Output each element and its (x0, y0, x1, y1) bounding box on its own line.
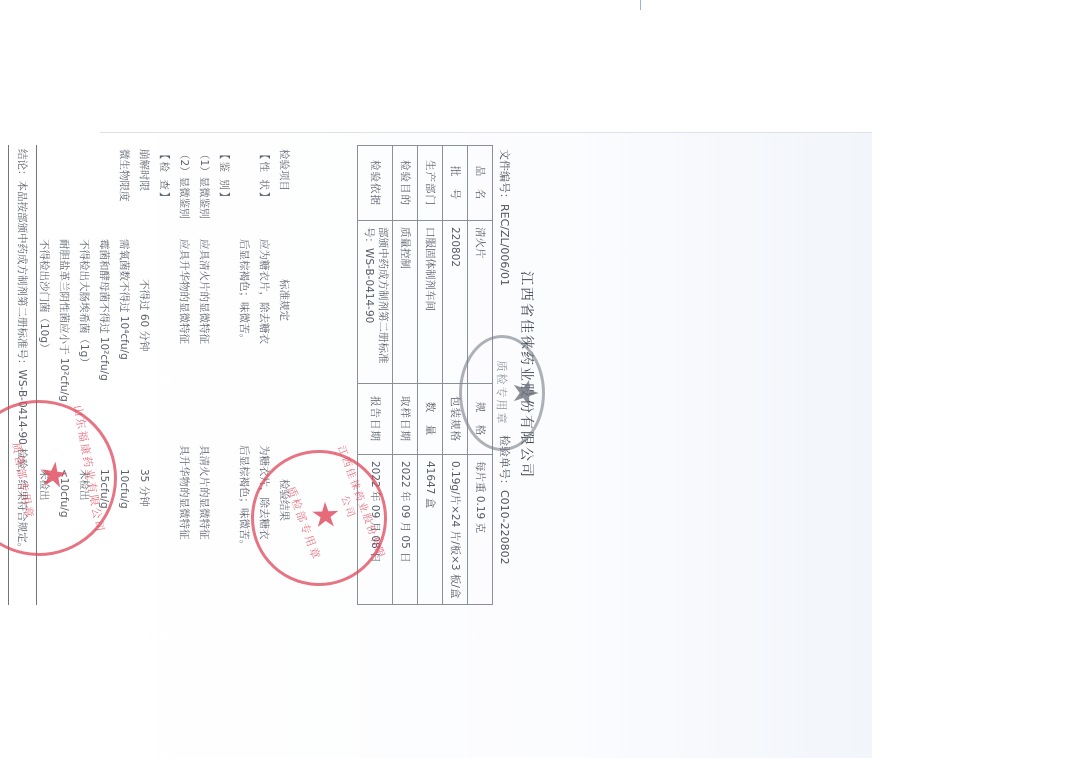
table-row: 检验依据 部颁中药成方制剂第二册标准号：WS-B-0414-90 报告日期 20… (358, 146, 393, 605)
microbial-row-5: 不得检出沙门菌（10g） 未检出 (31, 149, 51, 599)
disintegration-row: 崩解时限 不得过 60 分钟 35 分钟 (131, 149, 151, 599)
table-row: 批 号 220802 包装规格 0.19g/片×24 片/板×3 板/盒 (443, 146, 468, 605)
ident-row-1: （1）显微鉴别 应具清火片的显微特征 具清火片的显微特征 (191, 149, 211, 599)
inspection-report-sheet: 江西省佳徕药业股份有限公司 文件编号：REC/ZL/006/01 检验单号：C0… (0, 135, 537, 615)
conclusion: 结论：本品按部颁中药成方制剂第二册标准号：WS-B-0414-90 检验，结果符… (15, 149, 29, 553)
star-icon: ★ (287, 449, 363, 583)
character-row: 【性 状】 应为糖衣片，除去糖衣 为糖衣片，除去糖衣 (251, 149, 271, 599)
company-title: 江西省佳徕药业股份有限公司 (516, 195, 535, 555)
inspection-header: 【检 查】 (151, 149, 171, 599)
results-header: 检验项目 标准规定 检验结果 (271, 149, 291, 599)
divider-top (36, 145, 37, 605)
divider-bottom (8, 145, 9, 605)
microbial-row-2: 霉菌和酵母菌不得过 10²cfu/g 15cfu/g (91, 149, 111, 599)
identification-header: 【鉴 别】 (211, 149, 231, 599)
character-row-cont: 后显棕褐色；味微苦。 后显棕褐色；味微苦。 (231, 149, 251, 599)
info-table: 品 名 清火片 规 格 每片重 0.19 克 批 号 220802 包装规格 0… (357, 145, 493, 605)
table-row: 检验目的 质量控制 取样日期 2022 年 09 月 05 日 (393, 146, 418, 605)
microbial-row-1: 微生物限度 需氧菌数不得过 10⁴cfu/g 10cfu/g (111, 149, 131, 599)
results-section: 检验项目 标准规定 检验结果 【性 状】 应为糖衣片，除去糖衣 为糖衣片，除去糖… (31, 149, 291, 599)
microbial-row-4: 耐胆盐革兰阴性菌应小于 10²cfu/g <10cfu/g (51, 149, 71, 599)
table-row: 品 名 清火片 规 格 每片重 0.19 克 (468, 146, 493, 605)
report-number: 检验单号：C010-220802 (496, 435, 511, 565)
microbial-row-3: 不得检出大肠埃希菌（1g） 未检出 (71, 149, 91, 599)
table-row: 生产部门 口服固体制剂车间 数 量 41647 盒 (418, 146, 443, 605)
file-number: 文件编号：REC/ZL/006/01 (496, 149, 511, 286)
scan-edge-mark (640, 0, 641, 10)
ident-row-2: （2）显微鉴别 应具升华物的显微特征 具升华物的显微特征 (171, 149, 191, 599)
